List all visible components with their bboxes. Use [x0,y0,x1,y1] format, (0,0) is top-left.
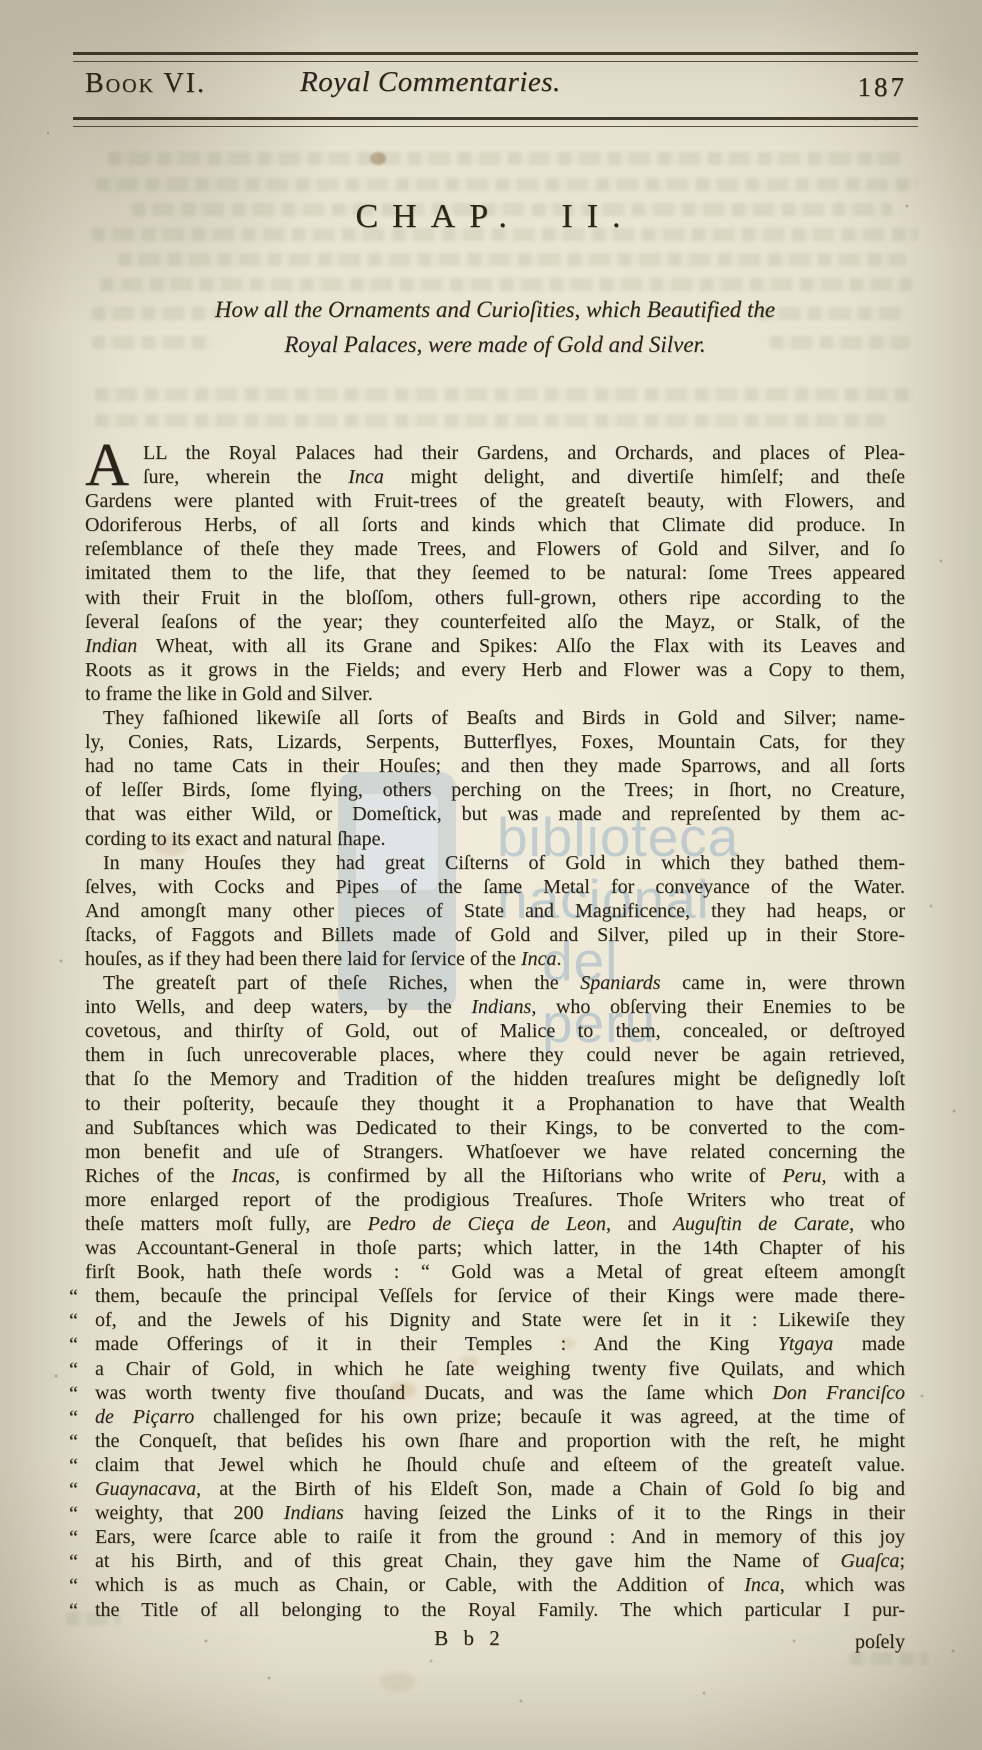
text-line: ſeveral ſeaſons of the year; they counte… [85,610,905,634]
text-line: Riches of the Incas, is confirmed by all… [85,1164,905,1188]
quotation-mark: “ [69,1502,77,1526]
text-line: reſemblance of theſe they made Trees, an… [85,537,905,561]
page-footer: B b 2 poſely [85,1626,905,1660]
text-line: Gardens were planted with Fruit-trees of… [85,489,905,513]
header-rule-bottom [73,117,918,127]
drop-cap: A [85,444,137,489]
text-line: ly, Conies, Rats, Lizards, Serpents, But… [85,730,905,754]
text-line: with their Fruit in the bloſſom, others … [85,586,905,610]
text-line: that was either Wild, or Domeſtick, but … [85,802,905,826]
book-page-scan: biblioteca nacional del peru Book VI. Ro… [0,0,982,1750]
show-through-line [95,388,913,401]
ink-blot [370,152,386,165]
text-line: “at his Birth, and of this great Chain, … [85,1549,905,1573]
quotation-mark: “ [69,1574,77,1598]
show-through-line [95,414,885,427]
text-line: “the Title of all belonging to the Royal… [85,1598,905,1622]
chapter-subtitle: How all the Ornaments and Curioſities, w… [85,292,905,362]
page-header: Book VI. Royal Commentaries. 187 [85,64,913,112]
text-line: “Ears, were ſcarce able to raiſe it from… [85,1525,905,1549]
text-line: “weighty, that 200 Indians having ſeized… [85,1501,905,1525]
age-stain [380,1672,416,1691]
text-line: ſure, wherein the Inca might delight, an… [85,465,905,489]
text-line: cording to its exact and natural ſhape. [85,827,905,851]
text-line: Roots as it grows in the Fields; and eve… [85,658,905,682]
text-line: “made Offerings of it in their Temples :… [85,1332,905,1356]
quotation-mark: “ [69,1358,77,1382]
header-rule-top [73,52,918,62]
show-through-line [96,178,918,191]
text-line: mon benefit and uſe of Strangers. Whatſo… [85,1140,905,1164]
text-line: firſt Book, hath theſe words : “ Gold wa… [85,1260,905,1284]
text-line: “the Conqueſt, that beſides his own ſhar… [85,1429,905,1453]
text-line: had no tame Cats in their Houſes; and th… [85,754,905,778]
paragraph: ALL the Royal Palaces had their Gardens,… [85,441,905,706]
text-line: of leſſer Birds, ſome flying, others per… [85,778,905,802]
text-line: to their poſterity, becauſe they thought… [85,1092,905,1116]
text-line: that ſo the Memory and Tradition of the … [85,1067,905,1091]
show-through-line [118,253,906,266]
quotation-mark: “ [69,1550,77,1574]
paper-specks [47,132,49,134]
text-line: to frame the like in Gold and Silver. [85,682,905,706]
text-line: Indian Wheat, with all its Grane and Spi… [85,634,905,658]
book-number-label: Book VI. [85,68,206,100]
text-line: into Wells, and deep waters, by the Indi… [85,995,905,1019]
text-line: houſes, as if they had been there laid f… [85,947,905,971]
quotation-mark: “ [69,1285,77,1309]
show-through-line [108,152,900,165]
text-line: LL the Royal Palaces had their Gardens, … [85,441,905,465]
text-line: They faſhioned likewiſe all ſorts of Bea… [85,706,905,730]
body-text: ALL the Royal Palaces had their Gardens,… [85,441,905,1622]
quotation-mark: “ [69,1382,77,1406]
text-line: imitated them to the life, that they ſee… [85,561,905,585]
text-line: And amongſt many other pieces of State a… [85,899,905,923]
text-line: “which is as much as Chain, or Cable, wi… [85,1573,905,1597]
text-line: “them, becauſe the principal Veſſels for… [85,1284,905,1308]
text-line: “was worth twenty five thouſand Ducats, … [85,1381,905,1405]
text-line: “de Piçarro challenged for his own prize… [85,1405,905,1429]
catchword: poſely [855,1631,905,1654]
text-line: them in ſuch unrecoverable places, where… [85,1043,905,1067]
paragraph: In many Houſes they had great Ciſterns o… [85,851,905,971]
paragraph: The greateſt part of theſe Riches, when … [85,971,905,1622]
paragraph: They faſhioned likewiſe all ſorts of Bea… [85,706,905,851]
text-line: “a Chair of Gold, in which he ſate weigh… [85,1357,905,1381]
text-line: In many Houſes they had great Ciſterns o… [85,851,905,875]
quotation-mark: “ [69,1430,77,1454]
text-line: “claim that Jewel which he ſhould chuſe … [85,1453,905,1477]
quotation-mark: “ [69,1599,77,1623]
text-line: ſelves, with Cocks and Pipes of the ſame… [85,875,905,899]
quotation-mark: “ [69,1454,77,1478]
text-line: “of, and the Jewels of his Dignity and S… [85,1308,905,1332]
running-title: Royal Commentaries. [300,66,561,99]
page-number: 187 [858,72,908,103]
text-line: The greateſt part of theſe Riches, when … [85,971,905,995]
chapter-heading: CHAP. II. [85,198,905,236]
chapter-subtitle-line: How all the Ornaments and Curioſities, w… [85,292,905,327]
text-line: theſe matters moſt fully, are Pedro de C… [85,1212,905,1236]
gathering-signature: B b 2 [57,1626,877,1651]
text-line: Odoriferous Herbs, of all ſorts and kind… [85,513,905,537]
text-line: ſtacks, of Faggots and Billets made of G… [85,923,905,947]
show-through-line [100,278,912,291]
text-line: “Guaynacava, at the Birth of his Eldeſt … [85,1477,905,1501]
quotation-mark: “ [69,1333,77,1357]
text-line: more enlarged report of the prodigious T… [85,1188,905,1212]
quotation-mark: “ [69,1309,77,1333]
chapter-subtitle-line: Royal Palaces, were made of Gold and Sil… [85,327,905,362]
text-line: covetous, and thirſty of Gold, out of Ma… [85,1019,905,1043]
quotation-mark: “ [69,1526,77,1550]
quotation-mark: “ [69,1478,77,1502]
text-line: and Subſtances which was Dedicated to th… [85,1116,905,1140]
quotation-mark: “ [69,1406,77,1430]
text-line: was Accountant-General in thoſe parts; w… [85,1236,905,1260]
